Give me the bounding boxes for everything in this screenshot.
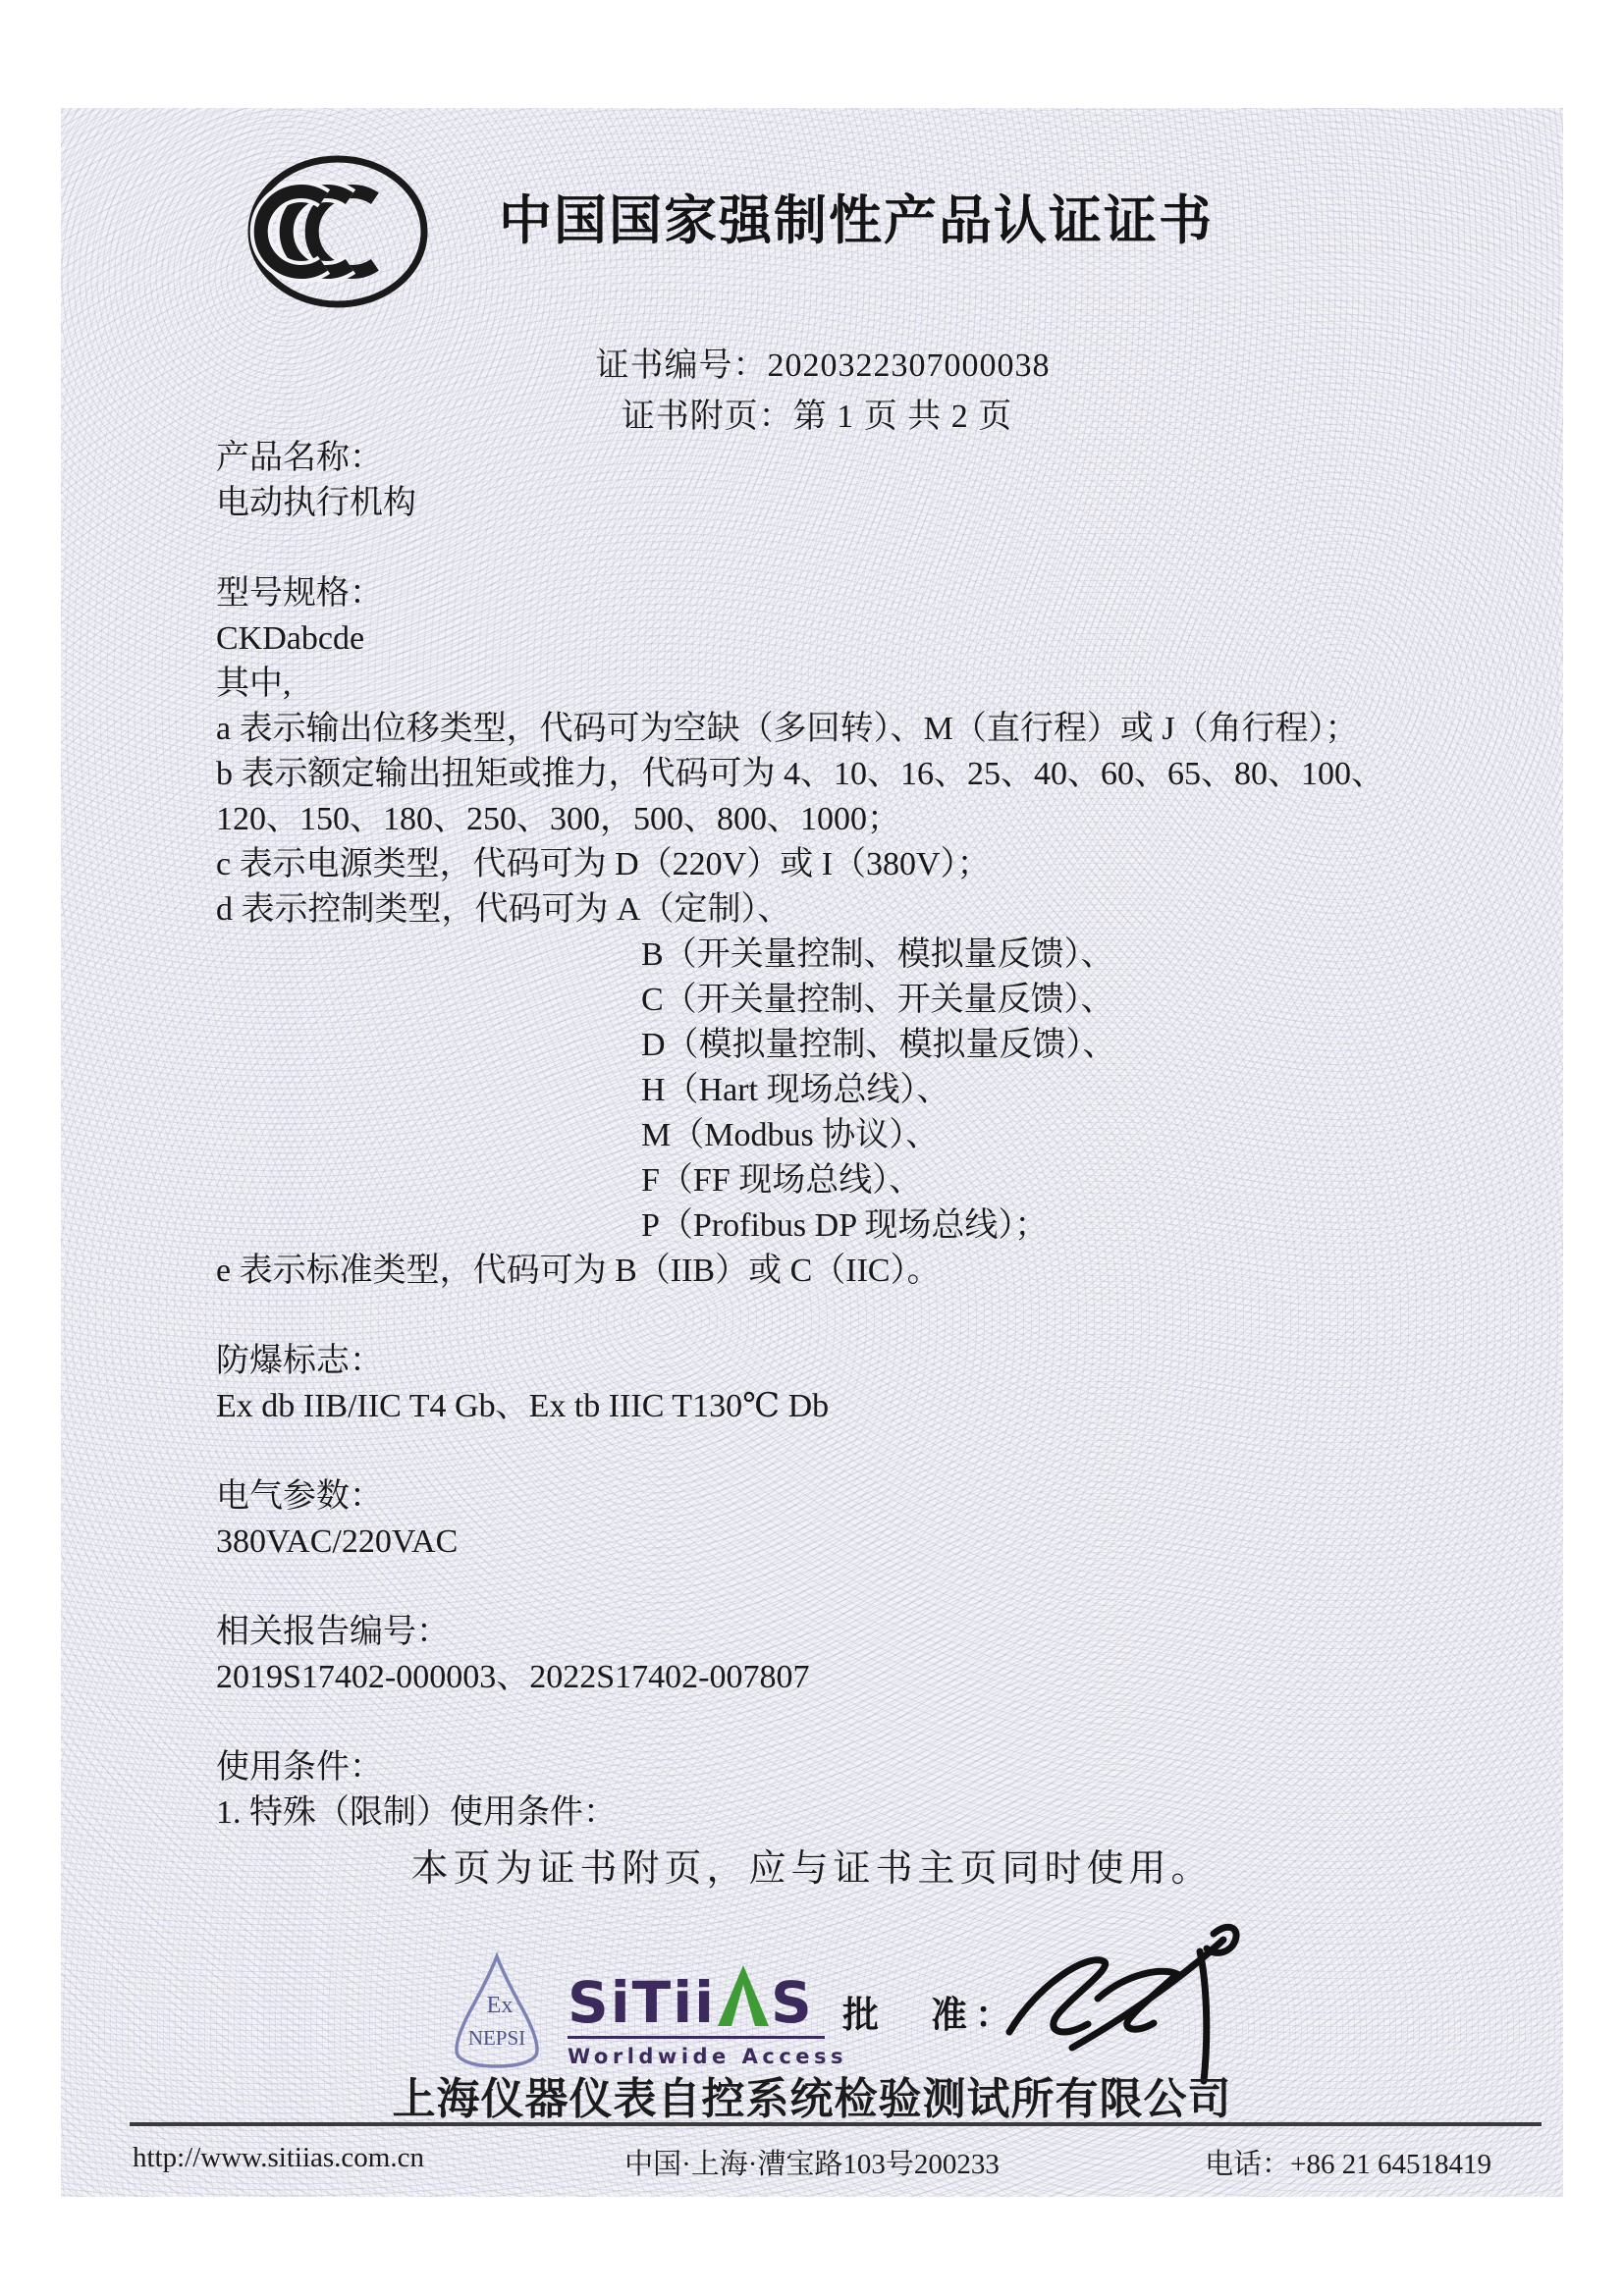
- body-line: 1. 特殊（限制）使用条件：: [216, 1790, 1492, 1836]
- body-line: 2019S17402-000003、2022S17402-007807: [216, 1655, 1492, 1700]
- body-line: CKDabcde: [216, 616, 1492, 662]
- body-line: [216, 1294, 1492, 1339]
- sitiias-wordmark: SiTiiAS: [568, 1965, 862, 2034]
- body-line: b 表示额定输出扭矩或推力，代码可为 4、10、16、25、40、60、65、8…: [216, 752, 1492, 797]
- body-line: a 表示输出位移类型，代码可为空缺（多回转）、M（直行程）或 J（角行程）；: [216, 707, 1492, 752]
- body-line: F（FF 现场总线）、: [216, 1158, 1492, 1203]
- footer-divider: [130, 2122, 1542, 2126]
- sitiias-letters-right: S: [771, 1969, 814, 2036]
- sitiias-logo: SiTiiAS Worldwide Access: [568, 1965, 862, 2068]
- certificate-title: 中国国家强制性产品认证证书: [499, 179, 1481, 254]
- certificate-body: 产品名称：电动执行机构型号规格：CKDabcde其中,a 表示输出位移类型，代码…: [216, 436, 1492, 1836]
- body-line: H（Hart 现场总线）、: [216, 1068, 1492, 1113]
- ccc-logo-icon: [244, 151, 432, 312]
- certificate-number: 证书编号：2020322307000038: [61, 338, 1563, 386]
- attachment-page-info: 证书附页：第 1 页 共 2 页: [61, 389, 1563, 437]
- body-line: d 表示控制类型，代码可为 A（定制）、: [216, 887, 1492, 933]
- body-line: Ex db IIB/IIC T4 Gb、Ex tb IIIC T130℃ Db: [216, 1384, 1492, 1429]
- body-line: 其中,: [216, 662, 1492, 707]
- body-line: 电动执行机构: [216, 481, 1492, 526]
- body-line: [216, 526, 1492, 571]
- body-line: e 表示标准类型，代码可为 B（IIB）或 C（IIC）。: [216, 1249, 1492, 1294]
- body-line: [216, 1700, 1492, 1745]
- body-line: 相关报告编号：: [216, 1610, 1492, 1655]
- body-line: c 表示电源类型，代码可为 D（220V）或 I（380V）；: [216, 842, 1492, 887]
- body-line: M（Modbus 协议）、: [216, 1113, 1492, 1158]
- body-line: 电气参数：: [216, 1474, 1492, 1520]
- issuer-company-name: 上海仪器仪表自控系统检验测试所有限公司: [61, 2063, 1563, 2126]
- body-line: 380VAC/220VAC: [216, 1520, 1492, 1565]
- body-line: B（开关量控制、模拟量反馈）、: [216, 933, 1492, 978]
- svg-text:NEPSI: NEPSI: [468, 2026, 525, 2050]
- body-line: 120、150、180、250、300，500、800、1000；: [216, 797, 1492, 842]
- body-line: [216, 1565, 1492, 1610]
- body-line: D（模拟量控制、模拟量反馈）、: [216, 1023, 1492, 1068]
- body-line: 防爆标志：: [216, 1339, 1492, 1384]
- sitiias-letter-a: A: [718, 1965, 769, 2026]
- body-line: [216, 1429, 1492, 1474]
- attachment-notice: 本页为证书附页，应与证书主页同时使用。: [61, 1838, 1563, 1892]
- guilloche-background: 中国国家强制性产品认证证书 证书编号：2020322307000038 证书附页…: [61, 108, 1563, 2197]
- sitiias-letters-left: SiTii: [568, 1969, 716, 2036]
- body-line: 产品名称：: [216, 436, 1492, 481]
- body-line: P（Profibus DP 现场总线）；: [216, 1203, 1492, 1249]
- svg-text:Ex: Ex: [487, 1993, 514, 2018]
- body-line: C（开关量控制、开关量反馈）、: [216, 978, 1492, 1023]
- footer-phone: 电话：+86 21 64518419: [1205, 2142, 1491, 2182]
- nepsi-ex-mark-icon: Ex NEPSI: [447, 1951, 547, 2071]
- certificate-page: 中国国家强制性产品认证证书 证书编号：2020322307000038 证书附页…: [0, 0, 1624, 2296]
- body-line: 型号规格：: [216, 571, 1492, 616]
- body-line: 使用条件：: [216, 1745, 1492, 1790]
- sitiias-underline: [568, 2036, 825, 2039]
